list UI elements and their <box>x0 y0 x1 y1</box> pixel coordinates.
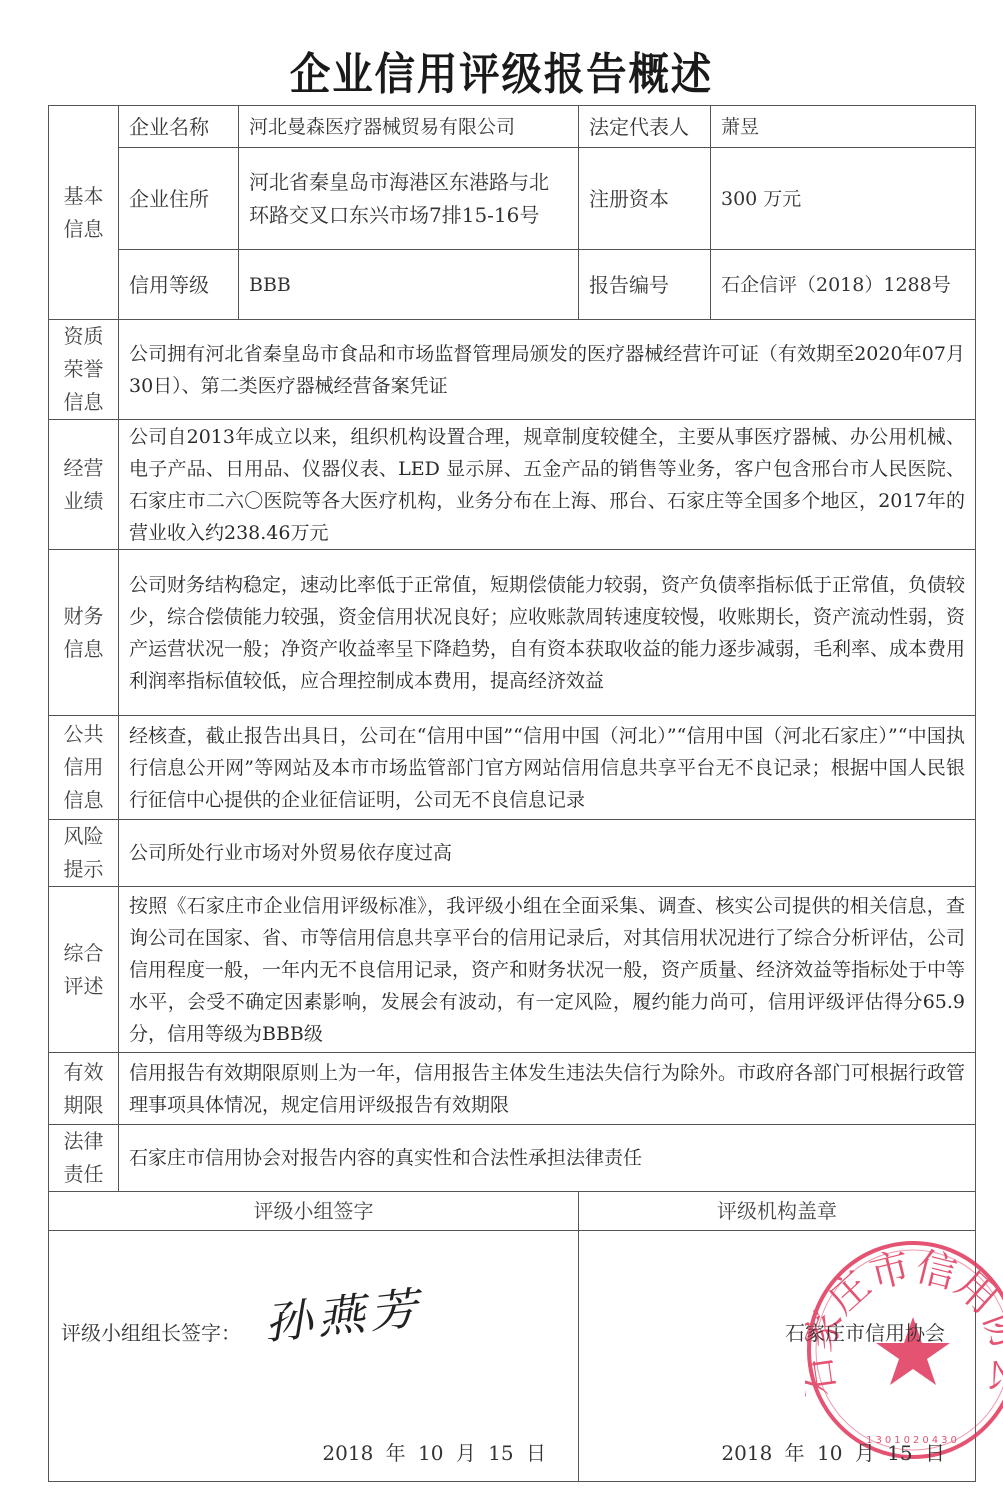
section-label-legal-liability: 法律责任 <box>49 1125 119 1192</box>
section-label-risk-warning: 风险提示 <box>49 820 119 887</box>
row-qualifications: 资质荣誉信息 公司拥有河北省秦皇岛市食品和市场监督管理局颁发的医疗器械经营许可证… <box>49 320 976 420</box>
legal-rep-label: 法定代表人 <box>579 106 711 148</box>
agency-name: 石家庄市信用协会 <box>785 1317 945 1349</box>
row-company-name: 基本信息 企业名称 河北曼森医疗器械贸易有限公司 法定代表人 萧昱 <box>49 106 976 148</box>
financial-info-text: 公司财务结构稳定，速动比率低于正常值，短期偿债能力较弱，资产负债率指标低于正常值… <box>119 550 976 716</box>
team-signature-cell: 评级小组组长签字： 孙燕芳 2018 年 10 月 15 日 <box>49 1231 579 1482</box>
row-financial-info: 财务信息 公司财务结构稳定，速动比率低于正常值，短期偿债能力较弱，资产负债率指标… <box>49 550 976 716</box>
document-title: 企业信用评级报告概述 <box>40 38 963 102</box>
team-leader-label: 评级小组组长签字： <box>61 1317 241 1349</box>
team-signature-date: 2018 年 10 月 15 日 <box>322 1437 546 1469</box>
row-address: 企业住所 河北省秦皇岛市海港区东港路与北环路交叉口东兴市场7排15-16号 注册… <box>49 148 976 250</box>
public-credit-text: 经核查，截止报告出具日，公司在“信用中国”“信用中国（河北）”“信用中国（河北石… <box>119 716 976 820</box>
section-label-basic-info: 基本信息 <box>49 106 119 320</box>
business-performance-text: 公司自2013年成立以来，组织机构设置合理，规章制度较健全，主要从事医疗器械、办… <box>119 420 976 550</box>
registered-capital-label: 注册资本 <box>579 148 711 250</box>
section-label-financial-info: 财务信息 <box>49 550 119 716</box>
section-label-overall-assessment: 综合评述 <box>49 887 119 1053</box>
row-legal-liability: 法律责任 石家庄市信用协会对报告内容的真实性和合法性承担法律责任 <box>49 1125 976 1192</box>
address-value: 河北省秦皇岛市海港区东港路与北环路交叉口东兴市场7排15-16号 <box>239 148 579 250</box>
row-business-performance: 经营业绩 公司自2013年成立以来，组织机构设置合理，规章制度较健全，主要从事医… <box>49 420 976 550</box>
row-signatures: 评级小组组长签字： 孙燕芳 2018 年 10 月 15 日 石家庄市信用协会 … <box>49 1231 976 1482</box>
section-label-validity-period: 有效期限 <box>49 1053 119 1125</box>
agency-seal-date: 2018 年 10 月 15 日 <box>721 1437 945 1469</box>
row-public-credit: 公共信用信息 经核查，截止报告出具日，公司在“信用中国”“信用中国（河北）”“信… <box>49 716 976 820</box>
report-table: 基本信息 企业名称 河北曼森医疗器械贸易有限公司 法定代表人 萧昱 企业住所 河… <box>48 105 976 1482</box>
overall-assessment-text: 按照《石家庄市企业信用评级标准》，我评级小组在全面采集、调查、核实公司提供的相关… <box>119 887 976 1053</box>
row-overall-assessment: 综合评述 按照《石家庄市企业信用评级标准》，我评级小组在全面采集、调查、核实公司… <box>49 887 976 1053</box>
qualifications-text: 公司拥有河北省秦皇岛市食品和市场监督管理局颁发的医疗器械经营许可证（有效期至20… <box>119 320 976 420</box>
agency-seal-header: 评级机构盖章 <box>579 1192 976 1231</box>
team-signature-header: 评级小组签字 <box>49 1192 579 1231</box>
legal-liability-text: 石家庄市信用协会对报告内容的真实性和合法性承担法律责任 <box>119 1125 976 1192</box>
validity-period-text: 信用报告有效期限原则上为一年，信用报告主体发生违法失信行为除外。市政府各部门可根… <box>119 1053 976 1125</box>
section-label-business-performance: 经营业绩 <box>49 420 119 550</box>
official-seal-icon: 石家庄市信用协会 1301020430 <box>805 1239 1003 1461</box>
row-signature-headers: 评级小组签字 评级机构盖章 <box>49 1192 976 1231</box>
credit-grade-label: 信用等级 <box>119 250 239 320</box>
risk-warning-text: 公司所处行业市场对外贸易依存度过高 <box>119 820 976 887</box>
company-name-value: 河北曼森医疗器械贸易有限公司 <box>239 106 579 148</box>
team-leader-signature: 孙燕芳 <box>263 1293 424 1341</box>
report-no-value: 石企信评（2018）1288号 <box>711 250 976 320</box>
row-credit-grade: 信用等级 BBB 报告编号 石企信评（2018）1288号 <box>49 250 976 320</box>
section-label-qualifications: 资质荣誉信息 <box>49 320 119 420</box>
company-name-label: 企业名称 <box>119 106 239 148</box>
row-validity-period: 有效期限 信用报告有效期限原则上为一年，信用报告主体发生违法失信行为除外。市政府… <box>49 1053 976 1125</box>
registered-capital-value: 300 万元 <box>711 148 976 250</box>
address-label: 企业住所 <box>119 148 239 250</box>
section-label-public-credit: 公共信用信息 <box>49 716 119 820</box>
credit-grade-value: BBB <box>239 250 579 320</box>
agency-seal-cell: 石家庄市信用协会 1301020430 石家庄市信用协会 2018 年 10 月… <box>579 1231 976 1482</box>
legal-rep-value: 萧昱 <box>711 106 976 148</box>
row-risk-warning: 风险提示 公司所处行业市场对外贸易依存度过高 <box>49 820 976 887</box>
report-no-label: 报告编号 <box>579 250 711 320</box>
